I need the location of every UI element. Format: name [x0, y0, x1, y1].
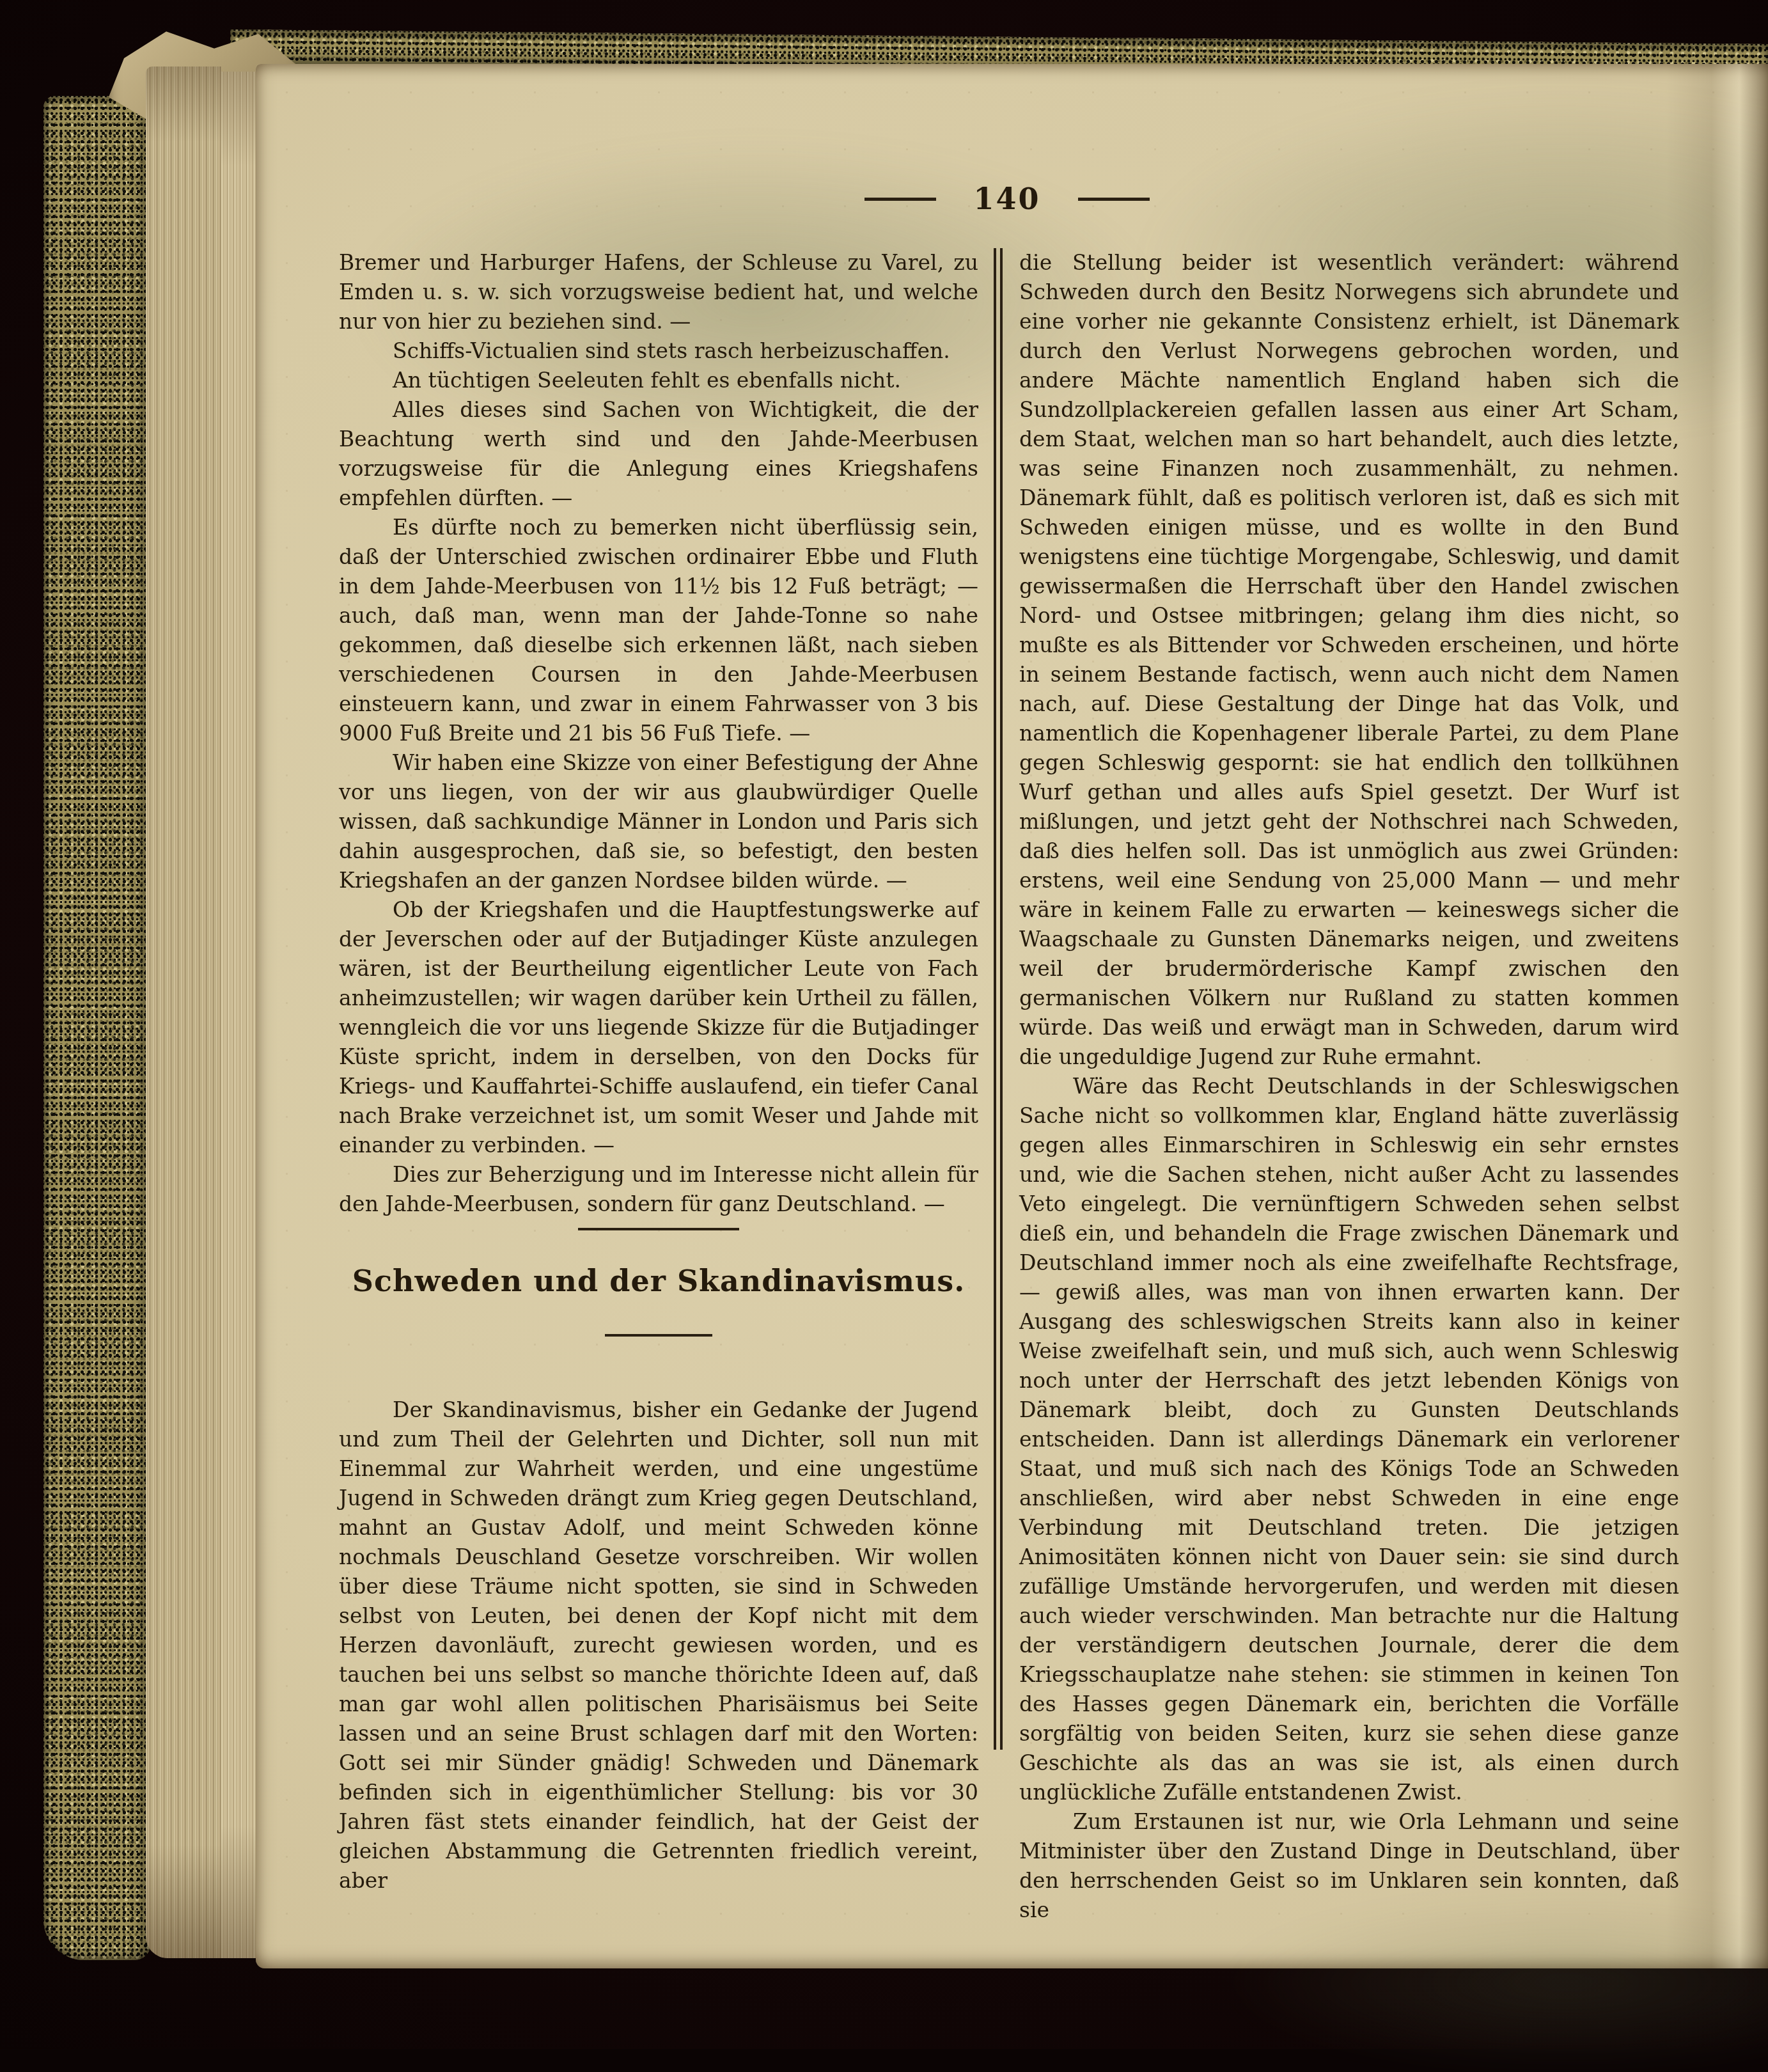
section-heading: Schweden und der Skandinavismus.	[339, 1266, 978, 1296]
paragraph: Alles dieses sind Sachen von Wichtigkeit…	[339, 395, 978, 513]
column-divider-rule	[994, 248, 1003, 1750]
text-columns: Bremer und Harburger Hafens, der Schleus…	[339, 248, 1689, 1925]
paragraph: Dies zur Beherzigung und im Interesse ni…	[339, 1160, 978, 1219]
right-column: die Stellung beider ist wesentlich verän…	[1019, 248, 1679, 1925]
page-fore-edge-striations	[146, 67, 221, 1958]
page-number: 140	[973, 184, 1040, 214]
page-header: 140	[339, 184, 1675, 214]
paragraph: Bremer und Harburger Hafens, der Schleus…	[339, 248, 978, 336]
photo-background: 140 Bremer und Harburger Hafens, der Sch…	[0, 0, 1768, 2049]
header-rule-right	[1078, 198, 1150, 201]
paragraph: Zum Erstaunen ist nur, wie Orla Lehmann …	[1019, 1807, 1679, 1925]
paragraph: die Stellung beider ist wesentlich verän…	[1019, 248, 1679, 1072]
paragraph: Wir haben eine Skizze von einer Befestig…	[339, 748, 978, 895]
left-column: Bremer und Harburger Hafens, der Schleus…	[339, 248, 978, 1895]
paragraph: Schiffs-Victualien sind stets rasch herb…	[339, 336, 978, 366]
book-page: 140 Bremer und Harburger Hafens, der Sch…	[256, 64, 1768, 1968]
section-divider-bottom	[605, 1334, 712, 1337]
header-rule-left	[864, 198, 936, 201]
paragraph: Der Skandinavismus, bisher ein Gedanke d…	[339, 1395, 978, 1895]
paragraph: Wäre das Recht Deutschlands in der Schle…	[1019, 1072, 1679, 1807]
book-cover-edge-left	[43, 96, 151, 1960]
paragraph: An tüchtigen Seeleuten fehlt es ebenfall…	[339, 366, 978, 395]
section-divider-top	[578, 1228, 739, 1230]
paragraph: Es dürfte noch zu bemerken nicht überflü…	[339, 513, 978, 748]
paragraph: Ob der Kriegshafen und die Hauptfestungs…	[339, 895, 978, 1160]
